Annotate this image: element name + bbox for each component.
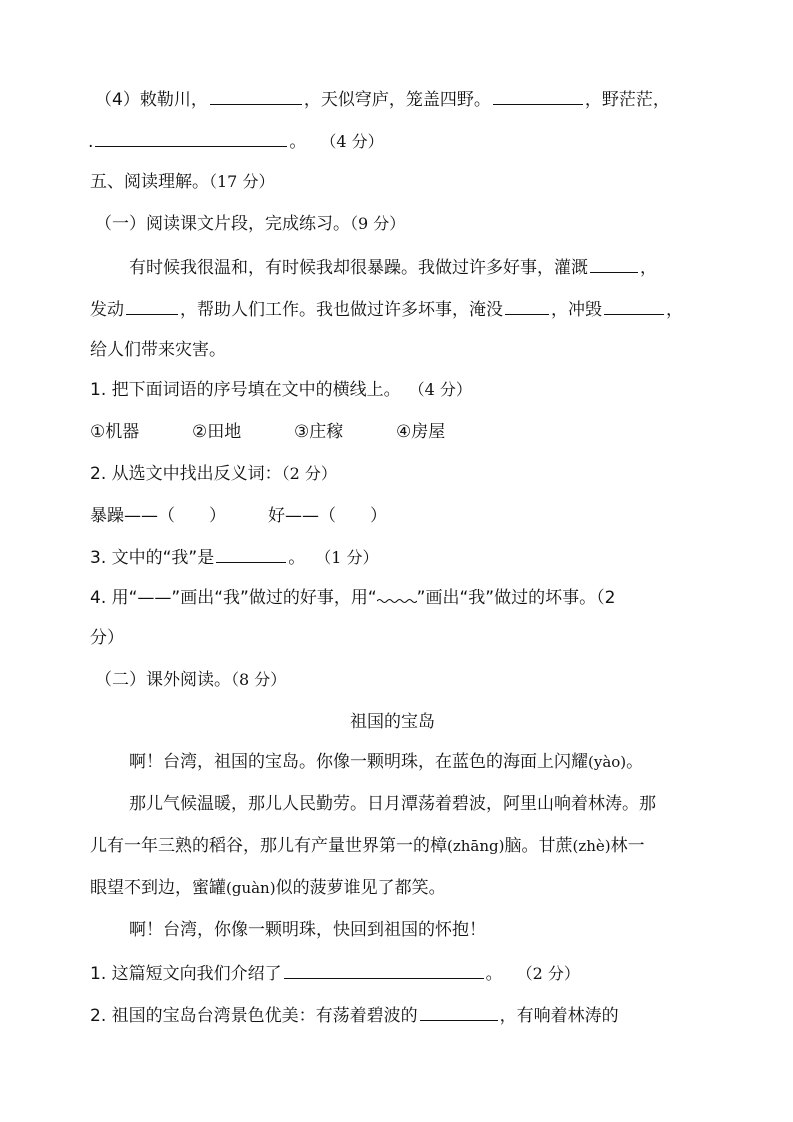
poem-line2-end: 。 bbox=[289, 132, 306, 152]
part-2-question-2: 2. 祖国的宝岛台湾景色优美：有荡着碧波的，有响着林涛的 bbox=[90, 1002, 619, 1028]
passage-text: 给人们带来灾害。 bbox=[90, 340, 226, 360]
article-title-text: 祖国的宝岛 bbox=[350, 712, 435, 732]
option-2: ②田地 bbox=[192, 420, 294, 444]
article-text: 啊！台湾，你像一颗明珠，快回到祖国的怀抱！ bbox=[129, 920, 486, 940]
article-paragraph-3: 啊！台湾，你像一颗明珠，快回到祖国的怀抱！ bbox=[129, 918, 486, 942]
question-text: 2. 从选文中找出反义词： bbox=[90, 464, 282, 484]
question-text: 3. 文中的“我”是 bbox=[90, 548, 214, 568]
article-text: 儿有一年三熟的稻谷，那儿有产量世界第一的樟 bbox=[90, 836, 447, 856]
passage-text: 发动 bbox=[90, 300, 124, 320]
article-text: 脑。甘蔗 bbox=[504, 836, 572, 856]
pinyin: (yào) bbox=[588, 753, 626, 771]
passage-text: 有时候我很温和，有时候我却很暴躁。我做过许多好事，灌溉 bbox=[129, 258, 588, 278]
option-1: ①机器 bbox=[90, 420, 192, 444]
article-text: 似的菠萝谁见了都笑。 bbox=[276, 878, 446, 898]
part-2-heading: （二）课外阅读。（8 分） bbox=[95, 668, 286, 692]
passage-blank-destroy[interactable] bbox=[604, 296, 664, 315]
poem-mid-1: ，天似穹庐，笼盖四野。 bbox=[304, 90, 491, 110]
question-text: 1. 这篇短文向我们介绍了 bbox=[90, 964, 282, 984]
antonym-pair-2: 好——（ bbox=[268, 506, 336, 526]
question-text: 分） bbox=[90, 628, 124, 648]
question-text: ，有响着林涛的 bbox=[500, 1006, 619, 1026]
question-text: 1. 把下面词语的序号填在文中的横线上。 bbox=[90, 380, 401, 400]
passage-line-3: 给人们带来灾害。 bbox=[90, 338, 226, 362]
antonym-pair-1: 暴躁——（ bbox=[90, 506, 175, 526]
passage-text: ，冲毁 bbox=[551, 300, 602, 320]
part-1-title: （一）阅读课文片段，完成练习。 bbox=[95, 214, 350, 234]
question-score: （4 分） bbox=[409, 380, 472, 399]
section-5-heading: 五、阅读理解。（17 分） bbox=[90, 170, 274, 194]
passage-line-1: 有时候我很温和，有时候我却很暴躁。我做过许多好事，灌溉， bbox=[129, 254, 657, 280]
section-5-title: 五、阅读理解。 bbox=[90, 172, 209, 192]
article-text: 林一 bbox=[611, 836, 645, 856]
pinyin: (zhāng) bbox=[447, 837, 504, 855]
poem-line2-lead: . bbox=[88, 132, 93, 152]
passage-blank-irrigate[interactable] bbox=[590, 254, 638, 273]
option-3: ③庄稼 bbox=[294, 420, 396, 444]
passage-text: ， bbox=[640, 258, 657, 278]
poem-blank-1[interactable] bbox=[210, 86, 302, 105]
answer-blank[interactable] bbox=[420, 1002, 498, 1021]
part-1-heading: （一）阅读课文片段，完成练习。（9 分） bbox=[95, 212, 405, 236]
question-text: ”画出“我”做过的坏事。（2 bbox=[417, 588, 616, 608]
antonym-pair-2-close: ） bbox=[370, 506, 387, 526]
article-text: 眼望不到边，蜜罐 bbox=[90, 878, 226, 898]
article-paragraph-1: 啊！台湾，祖国的宝岛。你像一颗明珠，在蓝色的海面上闪耀(yào)。 bbox=[129, 750, 643, 774]
question-end: 。 bbox=[486, 964, 503, 984]
wavy-underline-icon bbox=[377, 595, 417, 605]
poem-question-line-1: （4）敕勒川，，天似穹庐，笼盖四野。，野茫茫， bbox=[95, 86, 670, 112]
passage-line-2: 发动，帮助人们工作。我也做过许多坏事，淹没，冲毁， bbox=[90, 296, 683, 322]
part-1-question-2: 2. 从选文中找出反义词：（2 分） bbox=[90, 462, 337, 486]
poem-prefix: （4）敕勒川， bbox=[95, 90, 208, 110]
answer-blank[interactable] bbox=[216, 544, 286, 563]
antonym-pair-1-close: ） bbox=[209, 506, 226, 526]
article-paragraph-2-line-1: 那儿气候温暖，那儿人民勤劳。日月潭荡着碧波，阿里山响着林涛。那 bbox=[129, 792, 656, 816]
poem-mid-2: ，野茫茫， bbox=[585, 90, 670, 110]
pinyin: (zhè) bbox=[572, 837, 610, 855]
part-2-score: （8 分） bbox=[231, 670, 286, 689]
poem-blank-2[interactable] bbox=[493, 86, 583, 105]
passage-text: ，帮助人们工作。我也做过许多坏事，淹没 bbox=[180, 300, 503, 320]
part-1-question-1: 1. 把下面词语的序号填在文中的横线上。（4 分） bbox=[90, 378, 472, 402]
part-1-question-4-cont: 分） bbox=[90, 626, 124, 650]
passage-text: ， bbox=[666, 300, 683, 320]
part-1-score: （9 分） bbox=[350, 214, 405, 233]
poem-blank-3[interactable] bbox=[95, 128, 287, 147]
article-text: 啊！台湾，祖国的宝岛。你像一颗明珠，在蓝色的海面上闪耀 bbox=[129, 752, 588, 772]
question-score: （2 分） bbox=[517, 964, 580, 983]
article-text: 。 bbox=[626, 752, 643, 772]
passage-blank-start[interactable] bbox=[126, 296, 178, 315]
article-paragraph-2-line-2: 儿有一年三熟的稻谷，那儿有产量世界第一的樟(zhāng)脑。甘蔗(zhè)林一 bbox=[90, 834, 645, 858]
question-text: 2. 祖国的宝岛台湾景色优美：有荡着碧波的 bbox=[90, 1006, 418, 1026]
answer-blank[interactable] bbox=[284, 960, 484, 979]
part-2-title: （二）课外阅读。 bbox=[95, 670, 231, 690]
part-1-question-4: 4. 用“——”画出“我”做过的好事，用“”画出“我”做过的坏事。（2 bbox=[90, 586, 615, 610]
option-4: ④房屋 bbox=[396, 422, 445, 442]
pinyin: (guàn) bbox=[226, 879, 276, 897]
article-paragraph-2-line-3: 眼望不到边，蜜罐(guàn)似的菠萝谁见了都笑。 bbox=[90, 876, 446, 900]
article-title: 祖国的宝岛 bbox=[350, 710, 435, 734]
word-options: ①机器②田地③庄稼④房屋 bbox=[90, 420, 445, 444]
poem-question-line-2: .。（4 分） bbox=[88, 128, 384, 154]
question-score: （1 分） bbox=[315, 548, 378, 567]
question-score: （2 分） bbox=[282, 464, 337, 483]
part-1-question-3: 3. 文中的“我”是。（1 分） bbox=[90, 544, 379, 570]
question-end: 。 bbox=[288, 548, 305, 568]
part-2-question-1: 1. 这篇短文向我们介绍了。（2 分） bbox=[90, 960, 580, 986]
poem-score: （4 分） bbox=[320, 132, 383, 151]
section-5-score: （17 分） bbox=[209, 172, 274, 191]
article-text: 那儿气候温暖，那儿人民勤劳。日月潭荡着碧波，阿里山响着林涛。那 bbox=[129, 794, 656, 814]
question-text: 4. 用“——”画出“我”做过的好事，用“ bbox=[90, 588, 377, 608]
antonym-pairs: 暴躁——（）好——（） bbox=[90, 504, 387, 528]
passage-blank-flood[interactable] bbox=[505, 296, 549, 315]
